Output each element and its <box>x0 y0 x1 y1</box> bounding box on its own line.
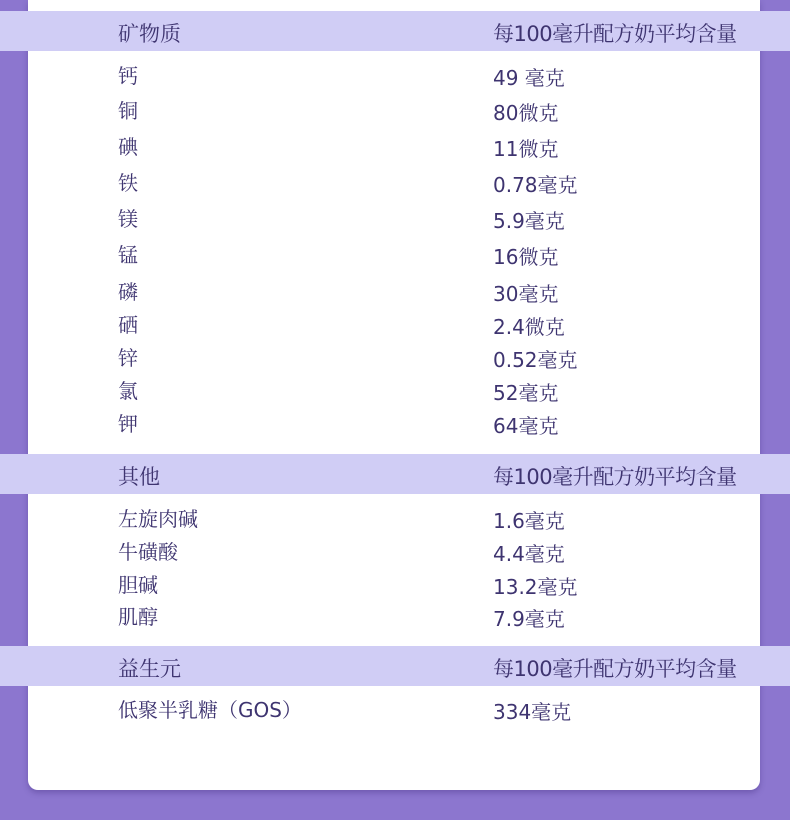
nutrient-value: 16微克 <box>493 241 558 270</box>
table-row: 胆碱13.2毫克 <box>0 569 790 599</box>
nutrient-name: 氯 <box>118 375 138 404</box>
nutrient-value: 0.78毫克 <box>493 169 578 198</box>
table-row: 低聚半乳糖（GOS）334毫克 <box>0 694 790 724</box>
nutrient-name: 牛磺酸 <box>118 536 178 565</box>
nutrient-name: 铜 <box>118 95 138 124</box>
table-row: 氯52毫克 <box>0 375 790 405</box>
table-row: 钾64毫克 <box>0 408 790 438</box>
nutrient-name: 肌醇 <box>118 601 158 630</box>
section-title: 其他 <box>118 461 160 491</box>
table-row: 碘11微克 <box>0 131 790 161</box>
section-header-others: 其他 每100毫升配方奶平均含量 <box>0 454 790 494</box>
section-title: 矿物质 <box>118 18 181 48</box>
nutrient-value: 64毫克 <box>493 410 558 439</box>
nutrient-value: 7.9毫克 <box>493 603 565 632</box>
nutrient-name: 钙 <box>118 60 138 89</box>
table-row: 铜80微克 <box>0 95 790 125</box>
nutrient-value: 2.4微克 <box>493 311 565 340</box>
table-row: 镁5.9毫克 <box>0 203 790 233</box>
nutrient-name: 碘 <box>118 131 138 160</box>
nutrient-value: 30毫克 <box>493 278 558 307</box>
table-row: 肌醇7.9毫克 <box>0 601 790 631</box>
nutrient-value: 334毫克 <box>493 696 571 725</box>
section-title: 益生元 <box>118 653 181 683</box>
unit-header: 每100毫升配方奶平均含量 <box>493 461 737 491</box>
unit-header: 每100毫升配方奶平均含量 <box>493 18 737 48</box>
table-row: 磷30毫克 <box>0 276 790 306</box>
unit-header: 每100毫升配方奶平均含量 <box>493 653 737 683</box>
nutrient-value: 0.52毫克 <box>493 344 578 373</box>
nutrient-value: 49 毫克 <box>493 62 565 91</box>
section-header-prebiotics: 益生元 每100毫升配方奶平均含量 <box>0 646 790 686</box>
nutrient-value: 52毫克 <box>493 377 558 406</box>
nutrient-value: 4.4毫克 <box>493 538 565 567</box>
nutrient-name: 胆碱 <box>118 569 158 598</box>
table-row: 硒2.4微克 <box>0 309 790 339</box>
nutrient-name: 左旋肉碱 <box>118 503 198 532</box>
nutrient-name: 铁 <box>118 167 138 196</box>
nutrient-value: 11微克 <box>493 133 558 162</box>
nutrient-value: 80微克 <box>493 97 558 126</box>
nutrient-name: 硒 <box>118 309 138 338</box>
nutrient-name: 镁 <box>118 203 138 232</box>
nutrient-name: 磷 <box>118 276 138 305</box>
table-row: 左旋肉碱1.6毫克 <box>0 503 790 533</box>
nutrient-name: 低聚半乳糖（GOS） <box>118 694 302 723</box>
section-header-minerals: 矿物质 每100毫升配方奶平均含量 <box>0 11 790 51</box>
table-row: 牛磺酸4.4毫克 <box>0 536 790 566</box>
table-row: 钙49 毫克 <box>0 60 790 90</box>
nutrient-value: 13.2毫克 <box>493 571 578 600</box>
nutrient-name: 钾 <box>118 408 138 437</box>
nutrient-value: 1.6毫克 <box>493 505 565 534</box>
table-row: 锌0.52毫克 <box>0 342 790 372</box>
nutrient-value: 5.9毫克 <box>493 205 565 234</box>
nutrient-name: 锌 <box>118 342 138 371</box>
nutrient-name: 锰 <box>118 239 138 268</box>
table-row: 锰16微克 <box>0 239 790 269</box>
table-row: 铁0.78毫克 <box>0 167 790 197</box>
